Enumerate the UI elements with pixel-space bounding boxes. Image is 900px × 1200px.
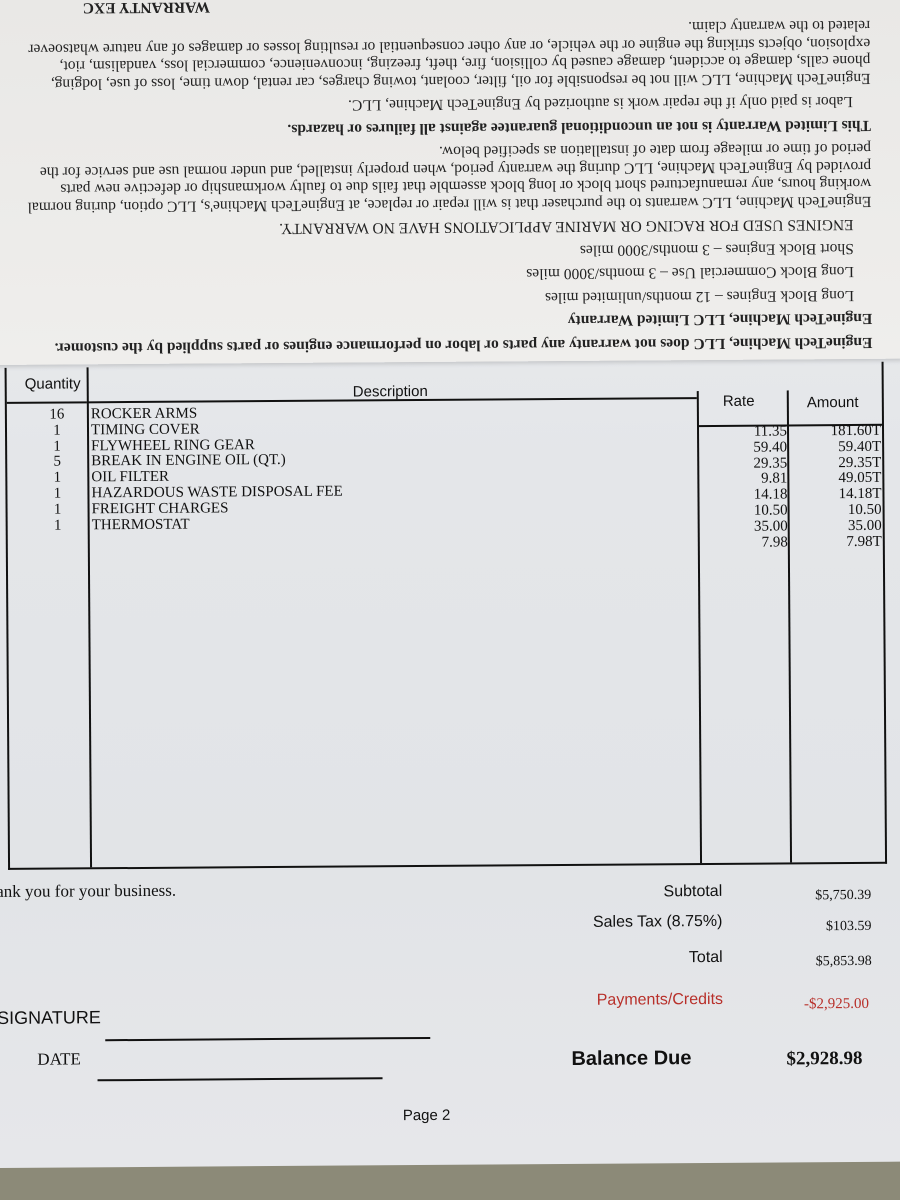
signature-line[interactable] [105, 1037, 430, 1041]
table-cell-desc: FREIGHT CHARGES [92, 500, 343, 518]
table-cell-rate: 35.00 [698, 519, 788, 535]
signature-label: SIGNATURE [0, 1007, 101, 1029]
table-cell-desc: BREAK IN ENGINE OIL (QT.) [91, 453, 342, 471]
warranty-paragraph: Short Block Engines – 3 months/3000 mile… [12, 239, 872, 263]
table-cell-qty: 1 [29, 486, 85, 502]
table-cell-amount: 10.50 [788, 503, 882, 519]
table-cell-qty: 5 [29, 455, 85, 471]
table-cell-amount: 7.98T [788, 534, 882, 550]
line-items-table: Quantity Description Rate Amount 1611511… [5, 362, 887, 870]
payments-credits-label: Payments/Credits [523, 991, 723, 1010]
table-cell-qty: 1 [30, 502, 86, 518]
table-cell-amount: 181.60T [787, 424, 881, 440]
warranty-paragraph: Labor is paid only if the repair work is… [11, 93, 871, 117]
subtotal-value: $5,750.39 [751, 888, 871, 905]
rate-column: 11.3559.4029.359.8114.1810.5035.007.98 [697, 424, 788, 551]
warranty-paragraph: Long Block Engines – 12 months/unlimited… [12, 286, 872, 310]
table-cell-qty: 1 [29, 423, 85, 439]
warranty-paragraph: EngineTech Machine, LLC Limited Warranty [12, 310, 872, 334]
warranty-paragraph: EngineTech Machine, LLC will not be resp… [10, 17, 870, 93]
total-value: $5,853.98 [752, 954, 872, 971]
warranty-heading: WARRANTY EXC [10, 0, 870, 17]
table-cell-amount: 35.00 [788, 519, 882, 535]
table-cell-desc: THERMOSTAT [92, 516, 343, 534]
warranty-paragraph: This Limited Warranty is not an uncondit… [11, 116, 871, 140]
warranty-paragraph: EngineTech Machine, LLC does not warrant… [12, 333, 872, 357]
table-cell-desc: ROCKER ARMS [91, 406, 342, 424]
subtotal-label: Subtotal [522, 883, 722, 902]
table-cell-amount: 59.40T [787, 440, 881, 456]
warranty-paragraph: Long Block Commercial Use – 3 months/300… [12, 263, 872, 287]
header-description: Description [87, 363, 697, 403]
table-cell-desc: TIMING COVER [91, 421, 342, 439]
folded-warranty-flap: EngineTech Machine, LLC does not warrant… [0, 0, 900, 365]
warranty-text: EngineTech Machine, LLC does not warrant… [10, 0, 873, 357]
sales-tax-value: $103.59 [751, 919, 871, 936]
header-amount: Amount [787, 390, 882, 427]
header-rate: Rate [697, 390, 787, 427]
table-cell-rate: 11.35 [697, 424, 787, 440]
table-cell-qty: 1 [30, 518, 86, 534]
description-column: ROCKER ARMSTIMING COVERFLYWHEEL RING GEA… [91, 406, 343, 534]
warranty-paragraph: EngineTech Machine, LLC warrants to the … [11, 140, 871, 216]
quantity-column: 161151111 [29, 407, 86, 534]
balance-due-value: $2,928.98 [757, 1048, 862, 1071]
table-cell-rate: 10.50 [698, 503, 788, 519]
thank-you-note: ank you for your business. [0, 881, 176, 902]
sales-tax-label: Sales Tax (8.75%) [522, 913, 722, 932]
total-label: Total [523, 949, 723, 968]
page-number: Page 2 [403, 1107, 451, 1124]
date-line[interactable] [98, 1077, 383, 1081]
table-cell-rate: 7.98 [698, 535, 788, 551]
warranty-paragraph: ENGINES USED FOR RACING OR MARINE APPLIC… [12, 216, 872, 240]
table-cell-rate: 59.40 [697, 440, 787, 456]
balance-due-label: Balance Due [571, 1047, 691, 1071]
table-cell-qty: 1 [29, 471, 85, 487]
payments-credits-value: -$2,925.00 [749, 996, 869, 1014]
table-cell-qty: 1 [29, 439, 85, 455]
table-cell-qty: 16 [29, 407, 85, 423]
header-quantity: Quantity [7, 367, 87, 404]
date-label: DATE [37, 1049, 81, 1069]
amount-column: 181.60T59.40T29.35T49.05T14.18T10.5035.0… [787, 424, 882, 551]
invoice-page: EngineTech Machine, LLC does not warrant… [0, 0, 900, 1168]
